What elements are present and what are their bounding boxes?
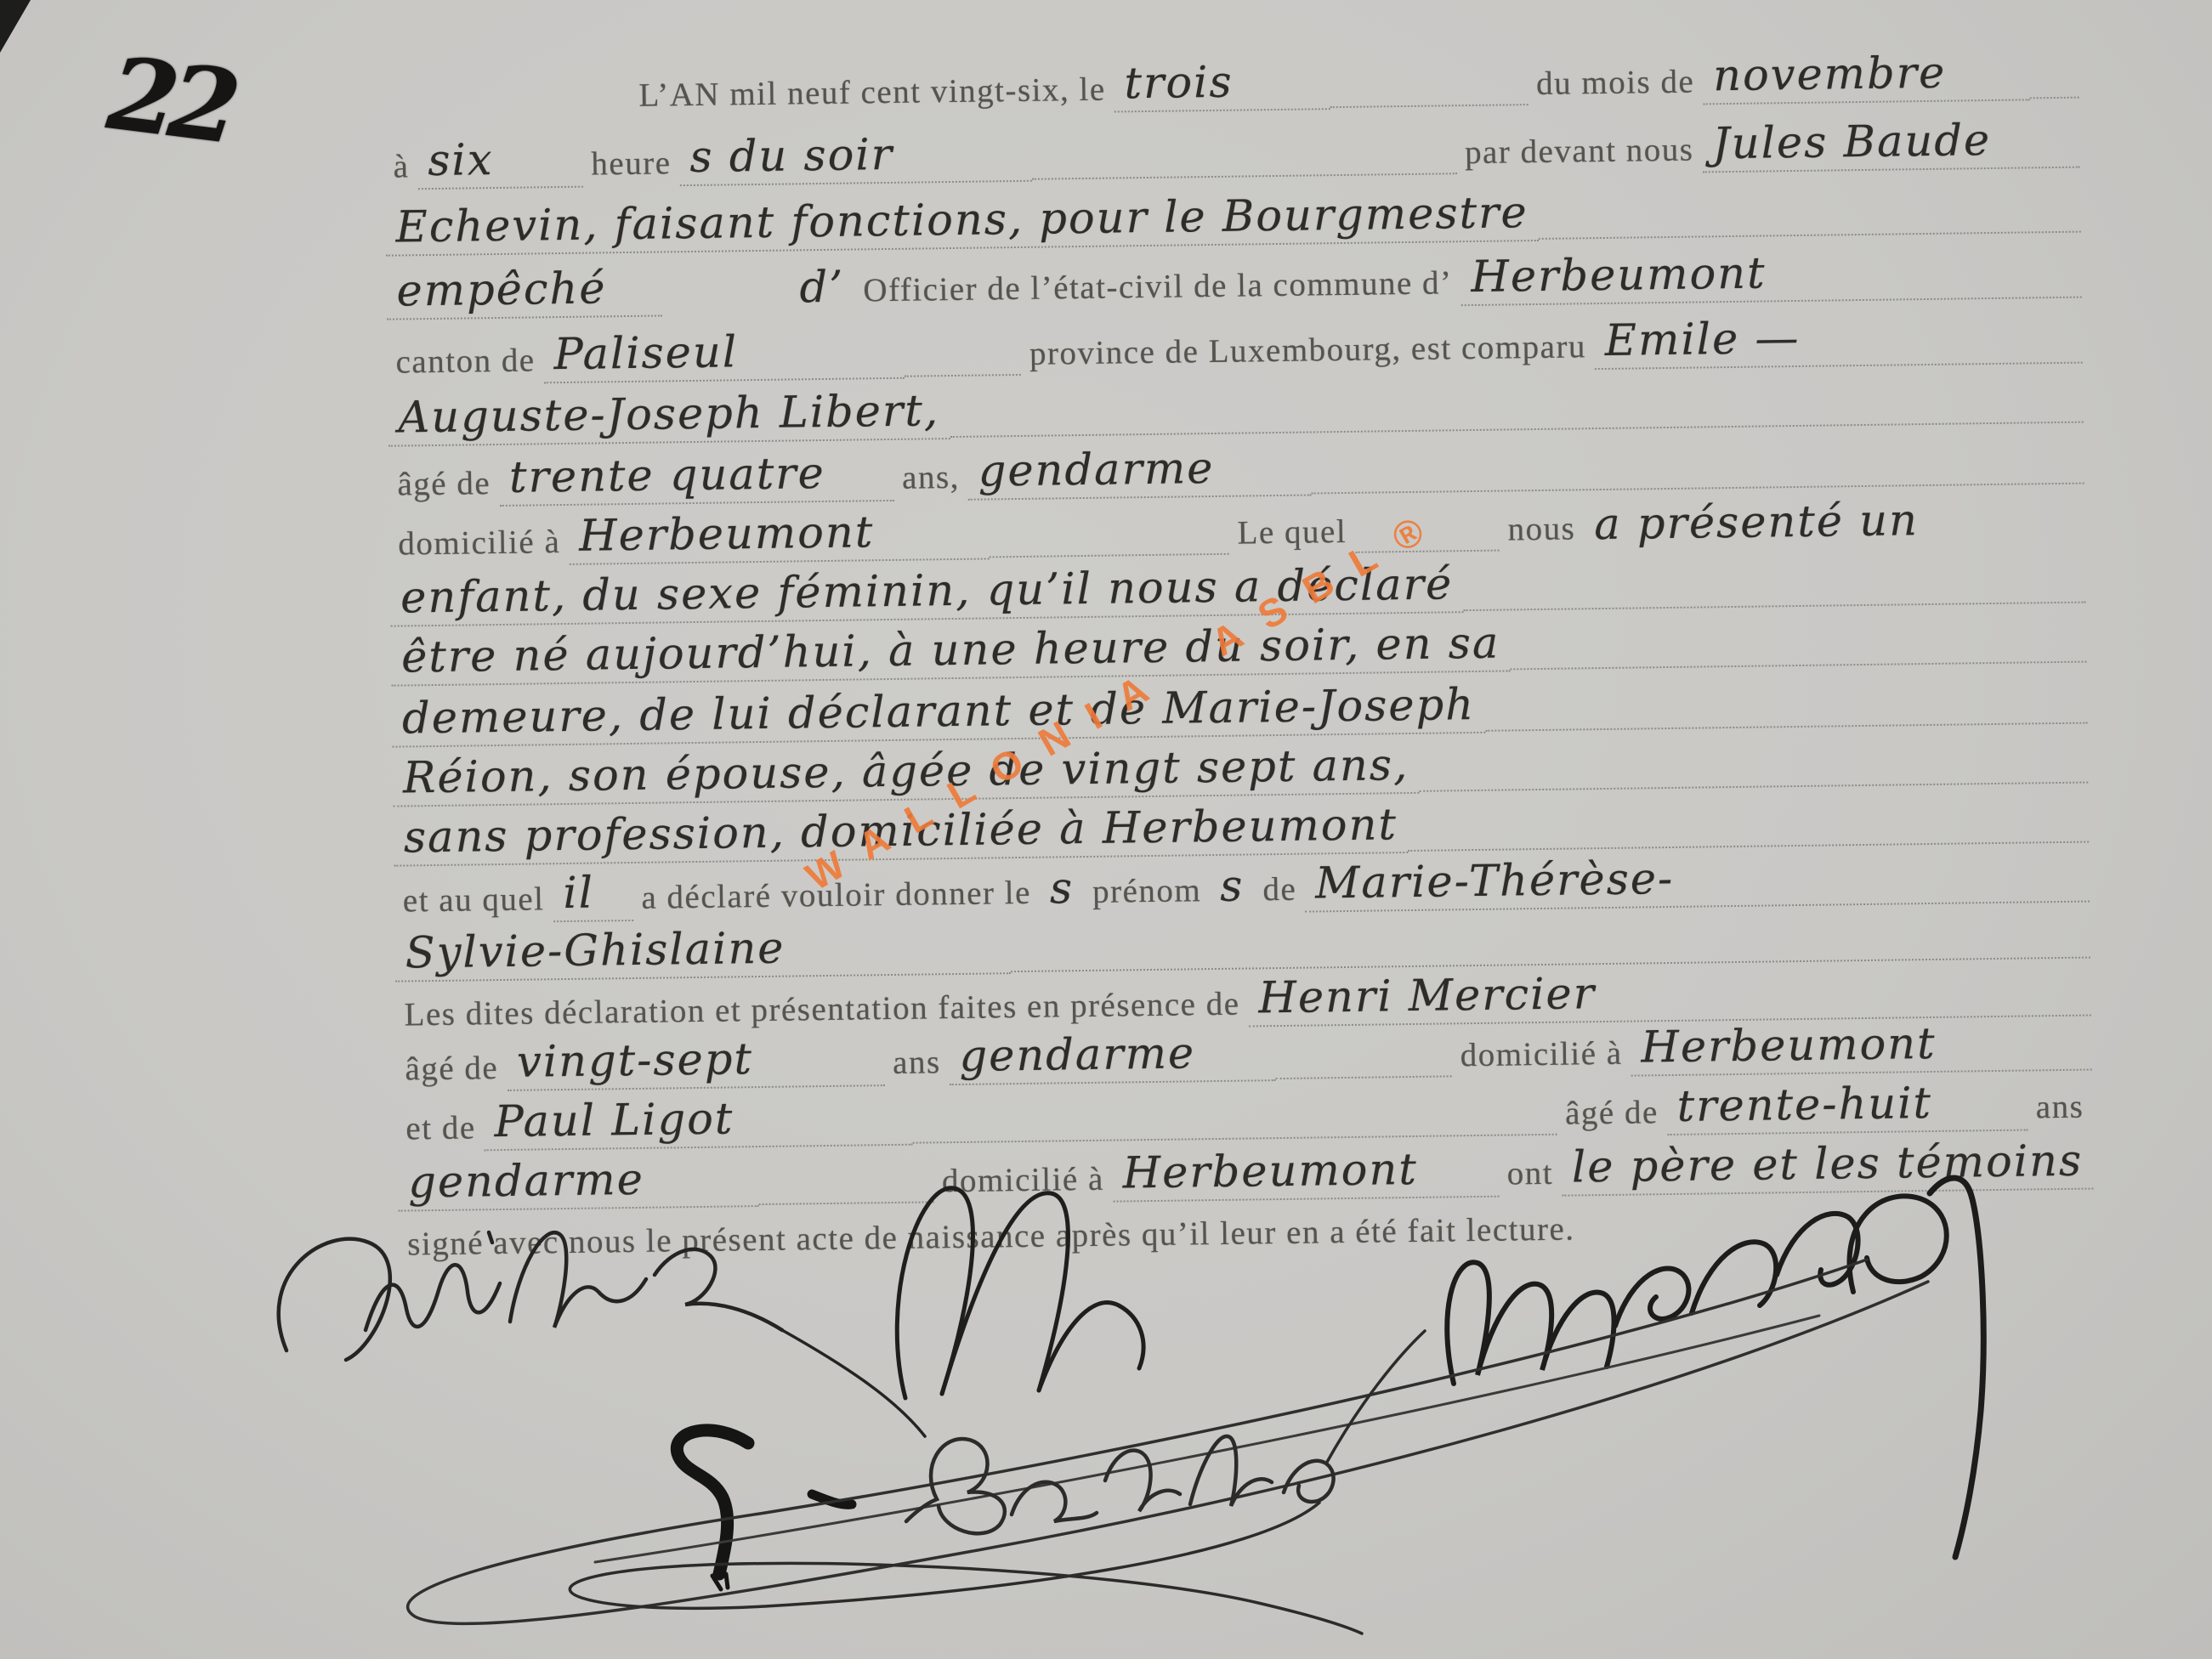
printed-text: âgé de [396,1049,507,1089]
printed-text: domicilié à [1451,1034,1631,1075]
handwritten-entry: d’ [789,263,855,315]
printed-text: Le quel [1228,512,1355,552]
printed-text: Officier de l’état-civil de la commune d… [854,263,1461,309]
handwritten-entry: trente-huit [1666,1078,2028,1136]
handwritten-entry: Jules Baude [1702,115,2080,173]
handwritten-entry: novembre [1703,47,2030,105]
printed-text: nous [1499,509,1584,548]
printed-text: a déclaré vouloir donner le [632,874,1040,917]
printed-text: âgé de [1557,1093,1667,1133]
handwritten-entry: il [553,868,633,922]
printed-text: domicilié à [389,523,569,563]
handwritten-entry: Herbeumont [1460,245,2082,307]
handwritten-entry: s du soir [679,128,1032,186]
printed-text: canton de [387,341,544,381]
form-line: L’AN mil neuf cent vingt-six, le trois d… [630,37,2079,119]
handwritten-entry: trois [1114,56,1330,112]
printed-text: prénom [1084,871,1211,911]
printed-text: par devant nous [1456,130,1703,172]
dotted-leader [1330,99,1529,108]
handwritten-entry: gendarme [967,442,1312,500]
form-text-block: L’AN mil neuf cent vingt-six, le trois d… [0,0,2212,1659]
dotted-leader [1032,167,1457,180]
printed-text: âgé de [389,464,499,504]
handwritten-entry: Auguste-Joseph Libert, [388,386,950,447]
handwritten-entry: six [417,134,583,190]
blank-gap [662,315,790,317]
printed-text: ont [1498,1154,1562,1193]
printed-text: et au quel [394,880,553,920]
printed-text: du mois de [1528,62,1704,103]
printed-text: de [1254,870,1305,909]
printed-text: heure [582,144,680,183]
printed-text: ans, [893,458,968,497]
handwritten-entry: s [1039,863,1084,916]
handwritten-entry: vingt-sept [507,1033,885,1091]
printed-text: ans [884,1043,950,1082]
printed-text: L’AN mil neuf cent vingt-six, le [630,70,1115,114]
printed-text: domicilié à [933,1160,1113,1201]
handwritten-entry: Emile — [1594,310,2082,371]
printed-text: signé avec nous le présent acte de naiss… [399,1209,1584,1263]
handwritten-entry: gendarme [949,1028,1276,1085]
dotted-leader [2029,92,2079,99]
handwritten-entry: s [1210,861,1255,914]
birth-record-scan: 22 L’AN mil neuf cent vingt-six, le troi… [0,0,2212,1659]
printed-text: province de Luxembourg, est comparu [1021,327,1596,373]
printed-text: à [384,147,417,186]
printed-text: ans [2027,1088,2092,1127]
handwritten-entry: trente quatre [499,448,894,507]
handwritten-entry: empêché [386,263,662,320]
printed-text: et de [397,1108,485,1147]
handwritten-entry: Paliseul [543,326,905,384]
